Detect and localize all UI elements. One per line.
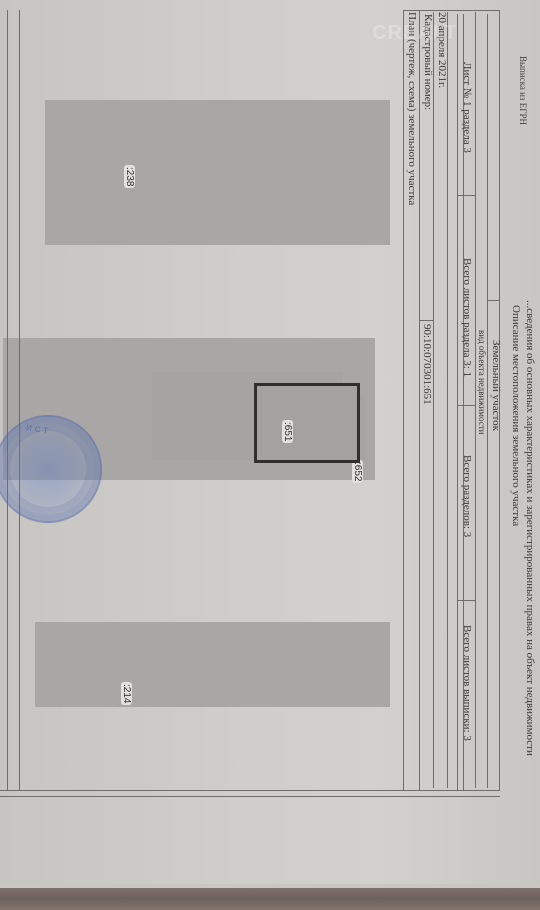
parcel-label: :214	[121, 682, 132, 705]
watermark: CREALT	[372, 22, 458, 45]
parcel-label: :651	[282, 420, 293, 443]
stamp-text: ИСТ	[25, 423, 51, 435]
parcel-214[interactable]: :214	[35, 622, 390, 707]
table-surface	[0, 888, 540, 910]
parcel-651[interactable]: :651	[254, 383, 360, 463]
frame-line	[7, 10, 8, 790]
frame-line	[19, 10, 20, 790]
